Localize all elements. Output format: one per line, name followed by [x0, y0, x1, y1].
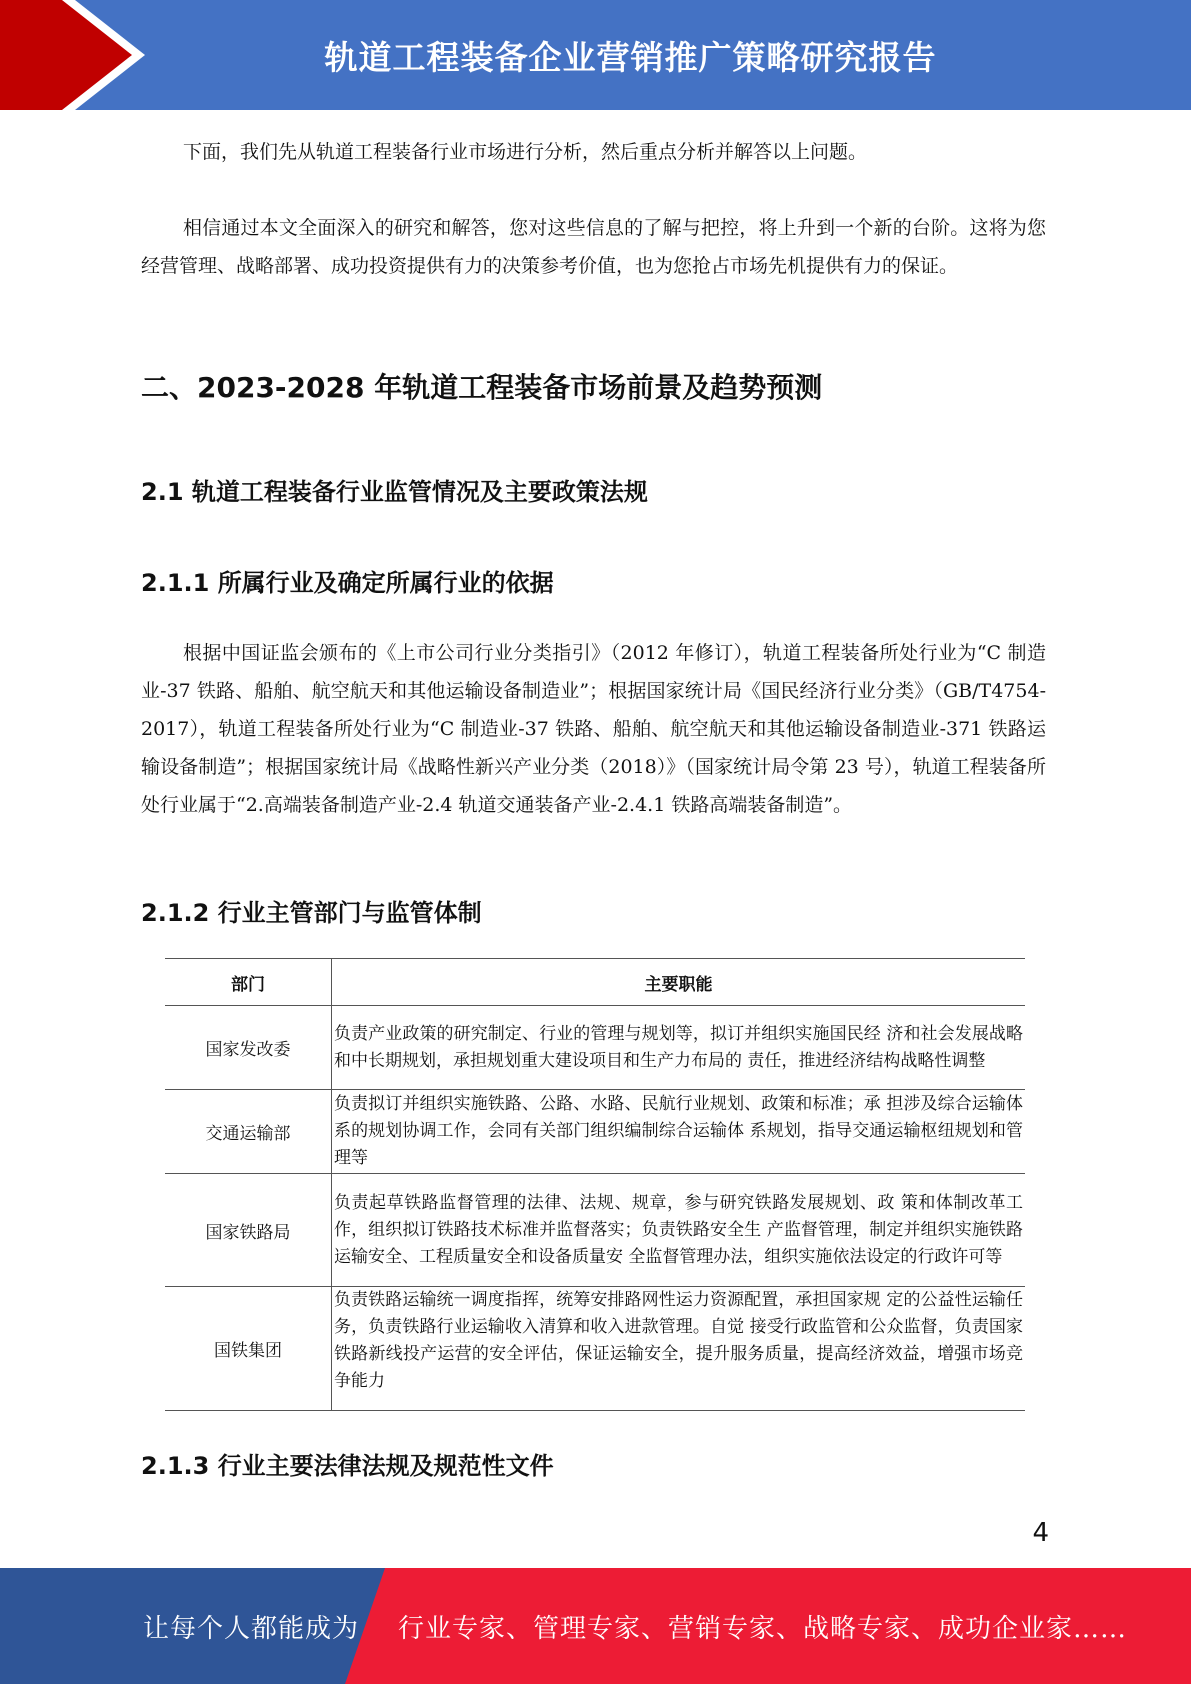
section-2-1-2-heading: 2.1.2 行业主管部门与监管体制 [141, 893, 482, 928]
table-row: 交通运输部 负责拟订并组织实施铁路、公路、水路、民航行业规划、政策和标准；承 担… [165, 1090, 1025, 1174]
duty-cell: 负责起草铁路监督管理的法律、法规、规章，参与研究铁路发展规划、政 策和体制改革工… [332, 1174, 1026, 1287]
department-cell: 国家发改委 [165, 1006, 332, 1090]
department-cell: 国铁集团 [165, 1287, 332, 1411]
industry-classification-paragraph: 根据中国证监会颁布的《上市公司行业分类指引》（2012 年修订），轨道工程装备所… [141, 634, 1046, 824]
page-footer-band: 让每个人都能成为 行业专家、管理专家、营销专家、战略专家、成功企业家…… [0, 1568, 1191, 1684]
regulatory-authorities-table: 部门 主要职能 国家发改委 负责产业政策的研究制定、行业的管理与规划等，拟订并组… [165, 958, 1025, 1411]
intro-paragraph-1: 下面，我们先从轨道工程装备行业市场进行分析，然后重点分析并解答以上问题。 [141, 133, 1046, 171]
red-arrow-decoration-icon [0, 0, 160, 110]
page-header-band: 轨道工程装备企业营销推广策略研究报告 [0, 0, 1191, 110]
section-2-heading: 二、2023-2028 年轨道工程装备市场前景及趋势预测 [141, 366, 822, 406]
section-2-1-1-heading: 2.1.1 所属行业及确定所属行业的依据 [141, 563, 554, 598]
column-header-department: 部门 [165, 959, 332, 1006]
table-row: 国家铁路局 负责起草铁路监督管理的法律、法规、规章，参与研究铁路发展规划、政 策… [165, 1174, 1025, 1287]
table-header-row: 部门 主要职能 [165, 959, 1025, 1006]
footer-slogan-right: 行业专家、管理专家、营销专家、战略专家、成功企业家…… [398, 1568, 1127, 1684]
footer-slogan-left: 让每个人都能成为 [143, 1568, 359, 1684]
page-number: 4 [1032, 1518, 1049, 1548]
section-2-1-3-heading: 2.1.3 行业主要法律法规及规范性文件 [141, 1446, 554, 1481]
department-cell: 交通运输部 [165, 1090, 332, 1174]
duty-cell: 负责产业政策的研究制定、行业的管理与规划等，拟订并组织实施国民经 济和社会发展战… [332, 1006, 1026, 1090]
table-row: 国铁集团 负责铁路运输统一调度指挥，统筹安排路网性运力资源配置，承担国家规 定的… [165, 1287, 1025, 1411]
department-cell: 国家铁路局 [165, 1174, 332, 1287]
column-header-duties: 主要职能 [332, 959, 1026, 1006]
duty-cell: 负责铁路运输统一调度指挥，统筹安排路网性运力资源配置，承担国家规 定的公益性运输… [332, 1287, 1026, 1411]
section-2-1-heading: 2.1 轨道工程装备行业监管情况及主要政策法规 [141, 472, 648, 507]
duty-cell: 负责拟订并组织实施铁路、公路、水路、民航行业规划、政策和标准；承 担涉及综合运输… [332, 1090, 1026, 1174]
table-row: 国家发改委 负责产业政策的研究制定、行业的管理与规划等，拟订并组织实施国民经 济… [165, 1006, 1025, 1090]
intro-paragraph-2: 相信通过本文全面深入的研究和解答，您对这些信息的了解与把控，将上升到一个新的台阶… [141, 209, 1046, 285]
report-title: 轨道工程装备企业营销推广策略研究报告 [200, 0, 1191, 110]
